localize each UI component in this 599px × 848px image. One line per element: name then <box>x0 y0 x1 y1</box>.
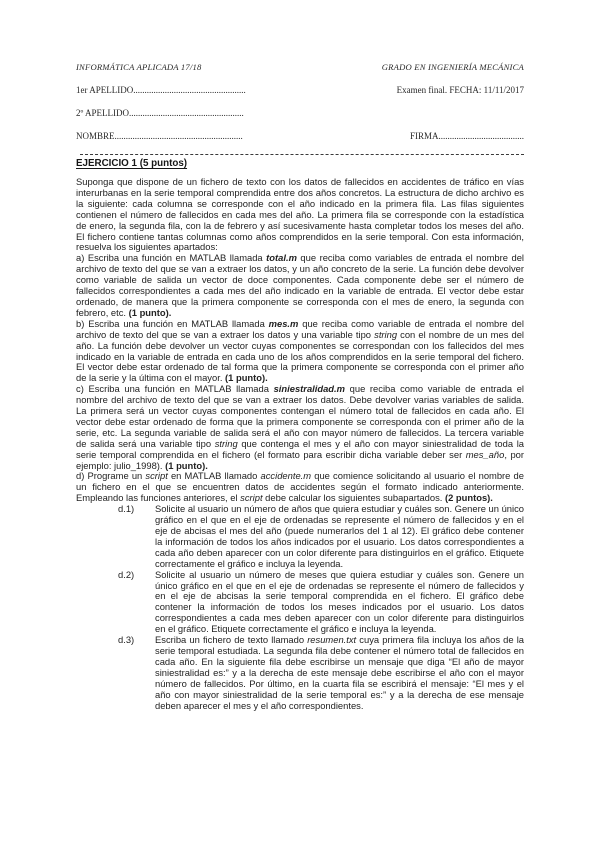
paragraph: Suponga que dispone de un fichero de tex… <box>76 177 524 253</box>
header-row-surname1: 1er APELLIDO............................… <box>76 85 524 95</box>
text-segment: Solicite al usuario un número de años qu… <box>155 503 524 569</box>
text-segment: b) Escriba una función en MATLAB llamada <box>76 318 269 329</box>
exercise-title: EJERCICIO 1 (5 puntos) <box>76 158 524 169</box>
paragraph: b) Escriba una función en MATLAB llamada… <box>76 319 524 384</box>
name-field: NOMBRE..................................… <box>76 131 243 141</box>
sub-item-text: Solicite al usuario un número de años qu… <box>155 504 524 569</box>
text-segment: mes.m <box>269 318 299 329</box>
header-row-name: NOMBRE..................................… <box>76 131 524 141</box>
text-segment: script <box>240 492 262 503</box>
header-row-titles: INFORMÁTICA APLICADA 17/18 GRADO EN INGE… <box>76 62 524 72</box>
text-segment: siniestralidad.m <box>274 383 345 394</box>
sub-item: d.2)Solicite al usuario un número de mes… <box>76 570 524 635</box>
text-segment: Escriba un fichero de texto llamado <box>155 634 307 645</box>
sub-item-label: d.3) <box>118 635 155 646</box>
sub-item-text: Solicite al usuario un número de meses q… <box>155 570 524 635</box>
text-segment: debe calcular los siguientes subapartado… <box>263 492 445 503</box>
text-segment: Suponga que dispone de un fichero de tex… <box>76 176 524 252</box>
text-segment: cuya primera fila incluya los años de la… <box>155 634 524 710</box>
text-segment: (2 puntos). <box>445 492 493 503</box>
sub-item-label: d.1) <box>118 504 155 515</box>
header-row-surname2: 2º APELLIDO.............................… <box>76 108 524 118</box>
text-segment: string <box>215 438 238 449</box>
paragraph: a) Escriba una función en MATLAB llamada… <box>76 253 524 318</box>
text-segment: accidente.m <box>261 470 312 481</box>
degree-title: GRADO EN INGENIERÍA MECÁNICA <box>382 62 524 72</box>
exam-date-info: Examen final. FECHA: 11/11/2017 <box>397 85 524 95</box>
text-segment: a) Escriba una función en MATLAB llamada <box>76 252 266 263</box>
text-segment: en MATLAB llamado <box>168 470 261 481</box>
text-segment: (1 punto). <box>225 372 268 383</box>
sub-item: d.1)Solicite al usuario un número de año… <box>76 504 524 569</box>
paragraph: c) Escriba una función en MATLAB llamada… <box>76 384 524 471</box>
exercise-body: Suponga que dispone de un fichero de tex… <box>76 177 524 711</box>
text-segment: d) Programe un <box>76 470 145 481</box>
sub-item-label: d.2) <box>118 570 155 581</box>
signature-field: FIRMA...................................… <box>410 131 524 141</box>
text-segment: (1 punto). <box>129 307 172 318</box>
sub-item: d.3)Escriba un fichero de texto llamado … <box>76 635 524 711</box>
text-segment: c) Escriba una función en MATLAB llamada <box>76 383 274 394</box>
text-segment: resumen.txt <box>307 634 356 645</box>
text-segment: string <box>374 329 397 340</box>
exam-page: INFORMÁTICA APLICADA 17/18 GRADO EN INGE… <box>0 0 599 711</box>
dashed-separator <box>80 154 524 155</box>
exam-header: INFORMÁTICA APLICADA 17/18 GRADO EN INGE… <box>76 62 524 141</box>
text-segment: total.m <box>266 252 297 263</box>
paragraph: d) Programe un script en MATLAB llamado … <box>76 471 524 504</box>
surname1-field: 1er APELLIDO............................… <box>76 85 246 95</box>
surname2-field: 2º APELLIDO.............................… <box>76 108 244 118</box>
text-segment: mes_año <box>466 449 505 460</box>
text-segment: (1 punto). <box>165 460 208 471</box>
text-segment: Solicite al usuario un número de meses q… <box>155 569 524 635</box>
course-title: INFORMÁTICA APLICADA 17/18 <box>76 62 202 72</box>
sub-item-text: Escriba un fichero de texto llamado resu… <box>155 635 524 711</box>
text-segment: script <box>145 470 167 481</box>
